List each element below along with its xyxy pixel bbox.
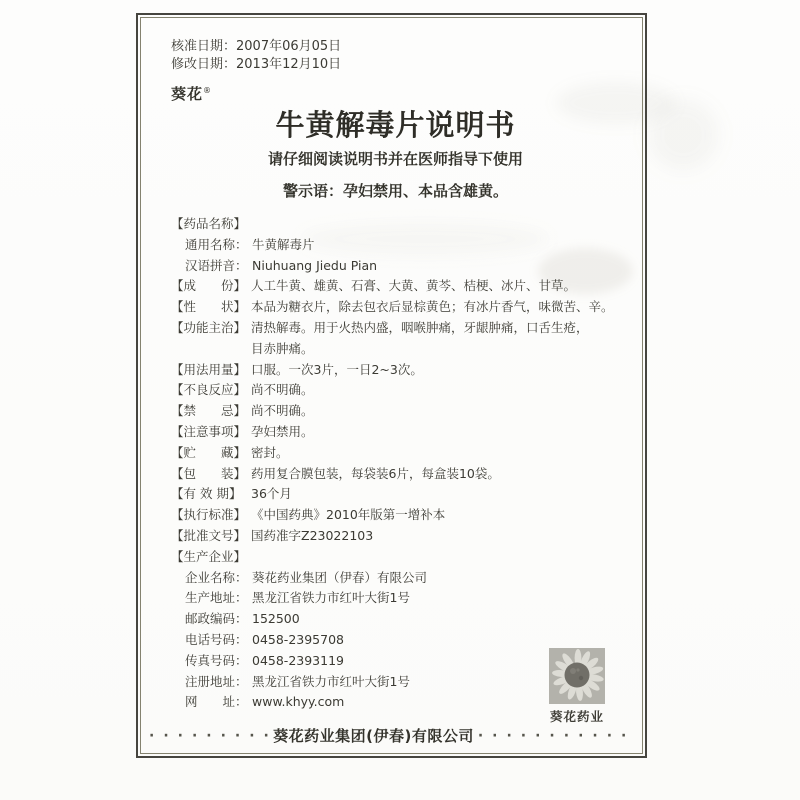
insert-row-production-address: 生产地址：黑龙江省铁力市红叶大街1号 (171, 588, 620, 609)
row-label: 【批准文号】 (171, 526, 251, 547)
row-label: 传真号码： (185, 651, 252, 672)
row-label: 通用名称： (185, 235, 252, 256)
brand-logotype: 葵花® (171, 83, 620, 104)
row-value: 36个月 (251, 484, 620, 505)
row-label: 【包 装】 (171, 464, 251, 485)
insert-row-storage: 【贮 藏】密封。 (171, 443, 620, 464)
insert-content: 核准日期：2007年06月05日 修改日期：2013年12月10日 葵花® 牛黄… (141, 18, 642, 753)
insert-row-company-name: 企业名称：葵花药业集团（伊春）有限公司 (171, 568, 620, 589)
insert-row-pinyin-name: 汉语拼音：Niuhuang Jiedu Pian (171, 256, 620, 277)
row-value: 国药准字Z23022103 (251, 526, 620, 547)
footer-company-line: ·········· 葵花药业集团(伊春)有限公司 ············· (149, 725, 634, 746)
row-label: 【不良反应】 (171, 380, 251, 401)
insert-row-approval-number: 【批准文号】国药准字Z23022103 (171, 526, 620, 547)
insert-row-indications: 【功能主治】清热解毒。用于火热内盛，咽喉肿痛，牙龈肿痛，口舌生疮， 目赤肿痛。 (171, 318, 620, 360)
row-value: 牛黄解毒片 (252, 235, 620, 256)
approval-date-row: 核准日期：2007年06月05日 (171, 38, 620, 56)
revision-date-value: 2013年12月10日 (236, 57, 341, 72)
row-label: 企业名称： (185, 568, 252, 589)
insert-row-generic-name: 通用名称：牛黄解毒片 (171, 235, 620, 256)
company-logo-block: 葵花药业 (548, 648, 606, 725)
row-label: 【用法用量】 (171, 360, 251, 381)
registered-trademark-icon: ® (203, 86, 212, 95)
row-value: 152500 (252, 609, 620, 630)
insert-row-contraindications: 【禁 忌】尚不明确。 (171, 401, 620, 422)
row-label: 电话号码： (185, 630, 252, 651)
insert-row-adverse-reactions: 【不良反应】尚不明确。 (171, 380, 620, 401)
scan-smudge (648, 100, 718, 170)
scanned-package-insert: { "header": { "approval": {"label": "核准日… (0, 0, 800, 800)
footer-dots-right: ············· (478, 728, 634, 744)
read-instruction-subtitle: 请仔细阅读说明书并在医师指导下使用 (171, 149, 620, 169)
row-value: 口服。一次3片，一日2~3次。 (251, 360, 620, 381)
insert-row-manufacturer-section: 【生产企业】 (171, 547, 620, 568)
row-value: 药用复合膜包装，每袋装6片，每盒装10袋。 (251, 464, 620, 485)
row-label: 【执行标准】 (171, 505, 251, 526)
brand-name: 葵花 (171, 85, 203, 103)
row-value: 葵花药业集团（伊春）有限公司 (252, 568, 620, 589)
insert-row-shelf-life: 【有 效 期】36个月 (171, 484, 620, 505)
row-label: 【成 份】 (171, 276, 251, 297)
row-label: 汉语拼音： (185, 256, 252, 277)
row-value (251, 214, 620, 235)
row-label: 【功能主治】 (171, 318, 251, 360)
date-block: 核准日期：2007年06月05日 修改日期：2013年12月10日 (171, 38, 620, 74)
row-label: 【贮 藏】 (171, 443, 251, 464)
row-value: 尚不明确。 (251, 380, 620, 401)
row-label: 【生产企业】 (171, 547, 251, 568)
row-label: 网 址： (185, 692, 252, 713)
row-label: 【注意事项】 (171, 422, 251, 443)
row-value: 尚不明确。 (251, 401, 620, 422)
revision-date-row: 修改日期：2013年12月10日 (171, 56, 620, 74)
insert-body-rows: 【药品名称】通用名称：牛黄解毒片汉语拼音：Niuhuang Jiedu Pian… (171, 214, 620, 713)
row-value: 本品为糖衣片，除去包衣后显棕黄色；有冰片香气，味微苦、辛。 (251, 297, 620, 318)
insert-row-dosage: 【用法用量】口服。一次3片，一日2~3次。 (171, 360, 620, 381)
row-label: 【药品名称】 (171, 214, 251, 235)
page-title: 牛黄解毒片说明书 (171, 108, 620, 142)
row-label: 【禁 忌】 (171, 401, 251, 422)
insert-row-precautions: 【注意事项】孕妇禁用。 (171, 422, 620, 443)
approval-date-value: 2007年06月05日 (236, 39, 341, 54)
sunflower-icon (549, 648, 605, 704)
row-value: 黑龙江省铁力市红叶大街1号 (252, 588, 620, 609)
row-label: 注册地址： (185, 672, 252, 693)
row-label: 【有 效 期】 (171, 484, 251, 505)
row-value: 人工牛黄、雄黄、石膏、大黄、黄芩、桔梗、冰片、甘草。 (251, 276, 620, 297)
revision-date-label: 修改日期： (171, 57, 236, 72)
footer-company-name: 葵花药业集团(伊春)有限公司 (273, 725, 474, 746)
row-value: 清热解毒。用于火热内盛，咽喉肿痛，牙龈肿痛，口舌生疮， 目赤肿痛。 (251, 318, 620, 360)
insert-row-postal-code: 邮政编码：152500 (171, 609, 620, 630)
warning-statement: 警示语：孕妇禁用、本品含雄黄。 (171, 181, 620, 201)
company-logo-caption: 葵花药业 (548, 707, 606, 725)
insert-row-description: 【性 状】本品为糖衣片，除去包衣后显棕黄色；有冰片香气，味微苦、辛。 (171, 297, 620, 318)
approval-date-label: 核准日期： (171, 39, 236, 54)
row-value (251, 547, 620, 568)
row-label: 【性 状】 (171, 297, 251, 318)
insert-border-frame: 核准日期：2007年06月05日 修改日期：2013年12月10日 葵花® 牛黄… (136, 13, 647, 758)
row-label: 邮政编码： (185, 609, 252, 630)
footer-dots-left: ·········· (149, 728, 269, 744)
insert-row-standard: 【执行标准】《中国药典》2010年版第一增补本 (171, 505, 620, 526)
insert-row-drug-name-section: 【药品名称】 (171, 214, 620, 235)
row-value: Niuhuang Jiedu Pian (252, 256, 620, 277)
row-value: 《中国药典》2010年版第一增补本 (251, 505, 620, 526)
row-label: 生产地址： (185, 588, 252, 609)
row-value: 密封。 (251, 443, 620, 464)
insert-row-packaging: 【包 装】药用复合膜包装，每袋装6片，每盒装10袋。 (171, 464, 620, 485)
insert-row-composition: 【成 份】人工牛黄、雄黄、石膏、大黄、黄芩、桔梗、冰片、甘草。 (171, 276, 620, 297)
row-value: 孕妇禁用。 (251, 422, 620, 443)
